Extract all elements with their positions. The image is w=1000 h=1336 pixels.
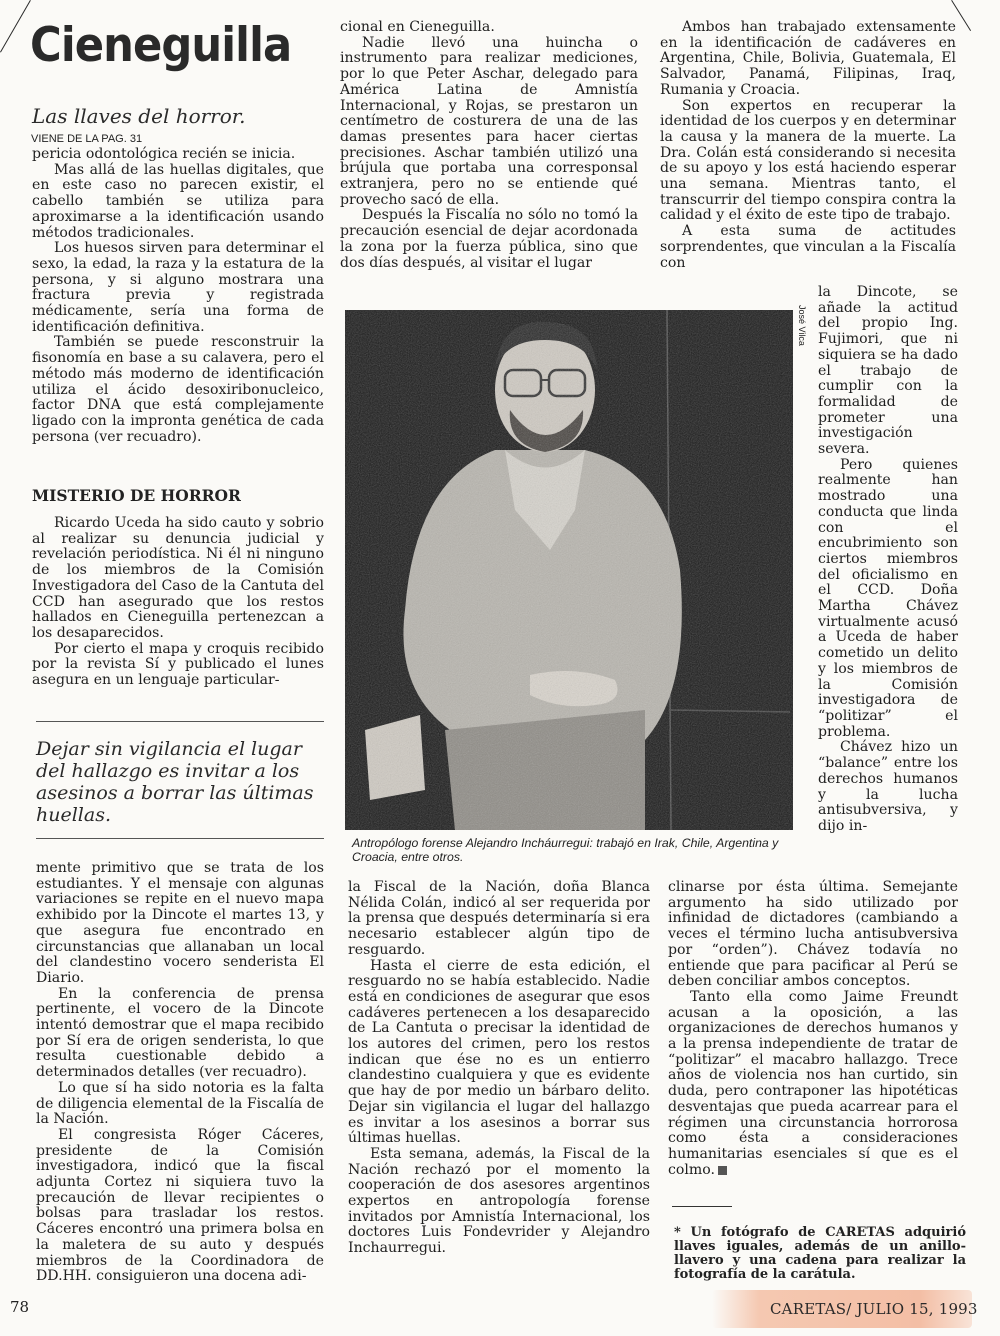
- paragraph: Son expertos en recuperar la identidad d…: [660, 99, 956, 225]
- page-number: 78: [10, 1298, 29, 1316]
- paragraph: la Dincote, se añade la actitud del prop…: [818, 285, 958, 458]
- paragraph: pericia odontológica recién se inicia.: [32, 147, 324, 163]
- photo-figure-icon: [345, 310, 793, 830]
- paragraph-text: Tanto ella como Jaime Freundt acusan a l…: [668, 989, 958, 1178]
- photo-caption: Antropólogo forense Alejandro Incháurreg…: [352, 836, 800, 864]
- column-3-bottom: clinarse por ésta última. Semejante argu…: [668, 880, 958, 1178]
- photo-credit: José Vilca: [797, 305, 807, 346]
- paragraph: Ambos han trabajado extensamente en la i…: [660, 20, 956, 99]
- paragraph: Nadie llevó una huincha o instrumento pa…: [340, 36, 638, 209]
- paragraph: mente primitivo que se trata de los estu…: [36, 861, 324, 987]
- footnote-rule: [672, 1206, 732, 1207]
- column-1-top: pericia odontológica recién se inicia. M…: [32, 147, 324, 445]
- end-of-article-icon: [718, 1166, 727, 1175]
- corner-crease-left: [0, 0, 31, 52]
- paragraph: Ricardo Uceda ha sido cauto y sobrio al …: [32, 516, 324, 642]
- article-title: Cieneguilla: [30, 22, 291, 69]
- paragraph: Por cierto el mapa y croquis recibido po…: [32, 642, 324, 689]
- column-3-top: Ambos han trabajado extensamente en la i…: [660, 20, 956, 271]
- portrait-photo: [345, 310, 793, 830]
- paragraph: Chávez hizo un “balance” entre los derec…: [818, 740, 958, 834]
- article-subtitle: Las llaves del horror.: [32, 104, 246, 128]
- paragraph: clinarse por ésta última. Semejante argu…: [668, 880, 958, 990]
- pull-quote-rule-bottom: [36, 838, 324, 839]
- paragraph: cional en Cieneguilla.: [340, 20, 638, 36]
- paragraph: Después la Fiscalía no sólo no tomó la p…: [340, 208, 638, 271]
- paragraph: la Fiscal de la Nación, doña Blanca Néli…: [348, 880, 650, 959]
- paragraph: En la conferencia de prensa pertinente, …: [36, 987, 324, 1081]
- paragraph: Esta semana, además, la Fiscal de la Nac…: [348, 1147, 650, 1257]
- column-1-bottom: mente primitivo que se trata de los estu…: [36, 861, 324, 1285]
- paragraph: Lo que sí ha sido notoria es la falta de…: [36, 1081, 324, 1128]
- column-2-top: cional en Cieneguilla. Nadie llevó una h…: [340, 20, 638, 271]
- column-2-bottom: la Fiscal de la Nación, doña Blanca Néli…: [348, 880, 650, 1257]
- paragraph: El congresista Róger Cáceres, presidente…: [36, 1128, 324, 1285]
- paragraph: Mas allá de las huellas digitales, que e…: [32, 163, 324, 242]
- column-3-narrow: la Dincote, se añade la actitud del prop…: [818, 285, 958, 835]
- paragraph: Pero quienes realmente han mostrado una …: [818, 458, 958, 741]
- pull-quote-rule-top: [36, 721, 324, 722]
- paragraph: Los huesos sirven para determinar el sex…: [32, 241, 324, 335]
- footnote: * Un fotógrafo de CARETAS adquirió llave…: [674, 1226, 966, 1282]
- paragraph: A esta suma de actitudes sorprendentes, …: [660, 224, 956, 271]
- paragraph: Tanto ella como Jaime Freundt acusan a l…: [668, 990, 958, 1178]
- continued-from-label: VIENE DE LA PAG. 31: [31, 133, 142, 145]
- column-1-middle: Ricardo Uceda ha sido cauto y sobrio al …: [32, 516, 324, 689]
- paragraph: También se puede resconstruir la fisonom…: [32, 335, 324, 445]
- pull-quote: Dejar sin vigilancia el lugar del hallaz…: [36, 738, 336, 826]
- paragraph: Hasta el cierre de esta edición, el resg…: [348, 959, 650, 1147]
- section-heading: MISTERIO DE HORROR: [32, 486, 241, 505]
- folio-line: CARETAS/ JULIO 15, 1993: [770, 1300, 978, 1318]
